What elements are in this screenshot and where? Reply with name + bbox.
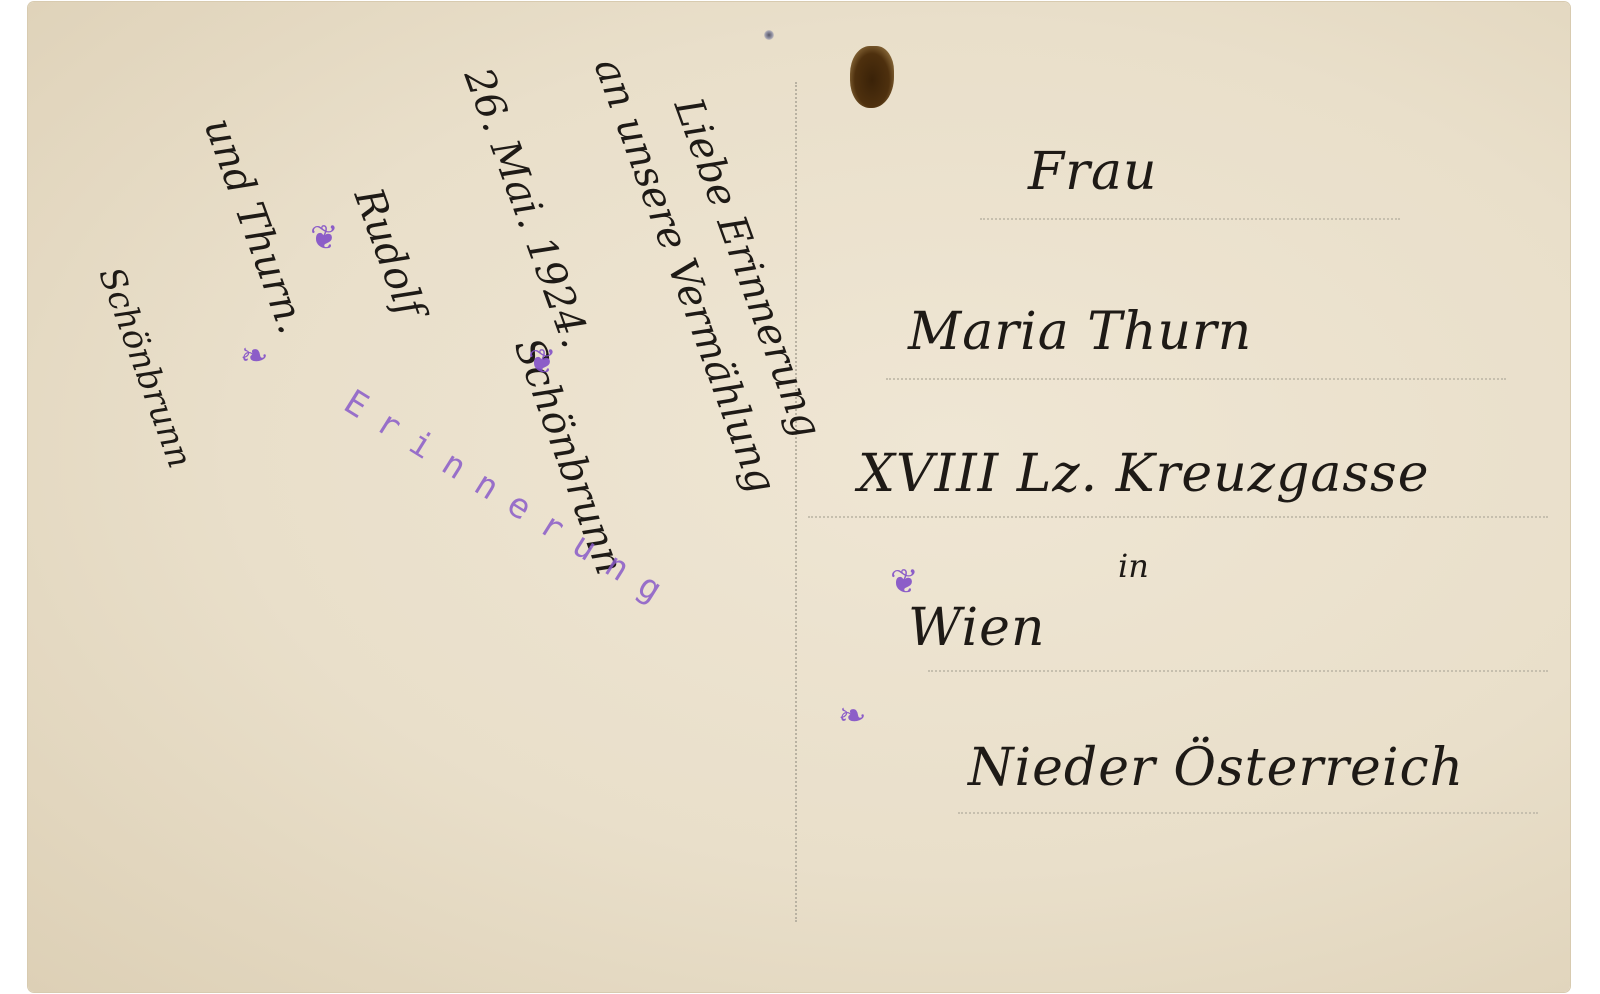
- purple-ornament-icon: ❧: [240, 336, 269, 376]
- message-line-6: und Thurn.: [195, 112, 315, 340]
- address-rule-3: [808, 516, 1548, 518]
- address-rule-1: [980, 218, 1400, 220]
- address-street: XVIII Lz. Kreuzgasse: [858, 444, 1430, 504]
- erinnerung-stamp: Erinnerung: [337, 382, 684, 620]
- address-rule-2: [886, 378, 1506, 380]
- purple-ornament-icon: ❦: [890, 562, 919, 602]
- ink-stain: [850, 46, 894, 108]
- message-line-5: Rudolf: [345, 182, 434, 323]
- address-salutation: Frau: [1028, 142, 1157, 202]
- address-in: in: [1118, 547, 1149, 585]
- message-line-4: 26. Mai. 1924.: [455, 62, 599, 354]
- postcard: Frau Maria Thurn XVIII Lz. Kreuzgasse in…: [28, 2, 1570, 992]
- address-rule-4: [928, 670, 1548, 672]
- pinhole-mark: [764, 30, 774, 40]
- purple-ornament-icon: ❦: [310, 218, 339, 258]
- address-region: Nieder Österreich: [968, 738, 1464, 798]
- card-divider-line: [795, 82, 797, 922]
- purple-ornament-icon: ❧: [838, 696, 867, 736]
- address-rule-5: [958, 812, 1538, 814]
- address-recipient-name: Maria Thurn: [908, 302, 1252, 362]
- purple-ornament-icon: ❦: [528, 342, 557, 382]
- address-city: Wien: [908, 598, 1045, 658]
- message-line-7: Schönbrunn: [90, 262, 200, 473]
